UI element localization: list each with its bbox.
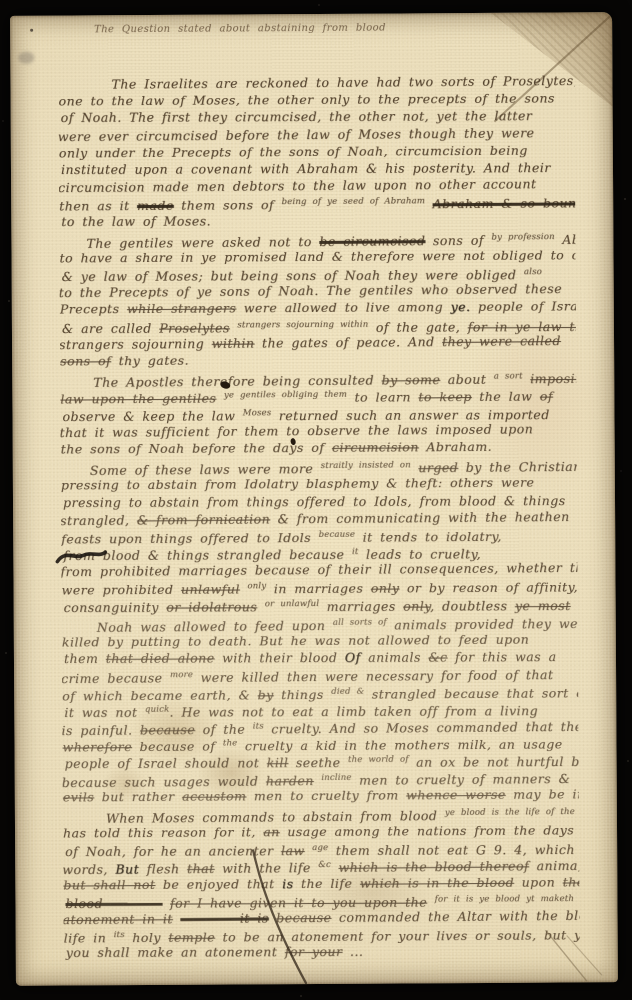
manuscript-paragraph: When Moses commands to abstain from bloo… <box>63 804 580 962</box>
struck-text: unlawful <box>181 582 240 597</box>
manuscript-paragraph: Some of these laws were more straitly in… <box>61 457 578 615</box>
interlinear-insertion: its <box>114 930 125 940</box>
struck-text: imposing <box>530 371 580 387</box>
struck-text: whence worse <box>406 787 506 803</box>
struck-text: for your <box>285 944 343 959</box>
struck-text: be circumcised <box>319 233 425 249</box>
interlinear-insertion: more <box>170 670 193 680</box>
interlinear-insertion: a sort <box>494 371 523 381</box>
struck-text: that died alone <box>106 651 215 666</box>
manuscript-paragraph: The Israelites are reckoned to have had … <box>58 72 575 230</box>
interlinear-insertion: the <box>223 739 238 749</box>
struck-text: circumcision <box>332 439 419 455</box>
struck-text: urged <box>418 460 458 475</box>
interlinear-insertion: died & <box>331 686 364 696</box>
interlinear-insertion: ye gentiles obliging them <box>224 390 347 401</box>
interlinear-insertion: quick <box>145 704 170 714</box>
interlinear-insertion: Moses <box>243 408 272 418</box>
struck-text: they were called <box>442 333 561 349</box>
interlinear-insertion: by profession <box>491 232 554 243</box>
struck-text: evils <box>63 789 94 804</box>
interlinear-insertion: age <box>312 843 328 853</box>
interlinear-insertion: also <box>524 267 542 277</box>
interlinear-insertion: the world of <box>348 755 409 765</box>
struck-text: blood ———— <box>65 895 162 910</box>
manuscript-line: then as it made them sons of being of ye… <box>59 193 575 213</box>
struck-text: accustom <box>182 788 246 803</box>
struck-text: Abraham & so bound over <box>433 195 580 211</box>
struck-text: or idolatrous <box>166 599 257 614</box>
interlinear-insertion: &c <box>318 860 331 870</box>
manuscript-paragraph: The Apostles therefore being consulted b… <box>60 369 577 458</box>
manuscript-line: were prohibited unlawful only in marriag… <box>61 577 577 597</box>
interlinear-insertion: or unlawful <box>265 599 319 609</box>
struck-text: to keep <box>418 389 471 404</box>
struck-text: within <box>212 335 255 350</box>
interlinear-insertion: only <box>247 582 266 592</box>
manuscript-body: The Israelites are reckoned to have had … <box>58 72 580 981</box>
photo-background: The Question stated about abstaining fro… <box>0 0 632 1000</box>
struck-text: because <box>276 910 331 925</box>
struck-text: an <box>263 824 280 839</box>
struck-text: atonement in it <box>63 911 173 927</box>
background-noise <box>0 0 2 2</box>
struck-text: ———— it is <box>180 910 269 926</box>
struck-text: by some <box>381 372 440 387</box>
struck-text: sons of <box>60 353 111 368</box>
struck-text: that <box>187 861 215 876</box>
manuscript-line: you shall make an atonement for your ... <box>66 942 580 961</box>
ink-speck <box>30 29 33 32</box>
interlinear-insertion: ye blood is the life of the animal <box>445 806 580 817</box>
heavy-ink-text: ye. <box>451 299 471 314</box>
manuscript-line: consanguinity or idolatrous or unlawful … <box>64 595 580 614</box>
struck-text: made <box>137 198 174 213</box>
manuscript-title: The Question stated about abstaining fro… <box>94 21 454 37</box>
struck-text: kill <box>267 755 289 770</box>
struck-text: & from fornication <box>137 511 270 527</box>
struck-text: which is in the blood <box>360 874 514 890</box>
manuscript-line: to the law of Moses. <box>61 210 577 229</box>
interlinear-insertion: all sorts of <box>333 617 387 627</box>
heavy-ink-text: is <box>282 876 294 891</box>
manuscript-line: evils but rather accustom men to cruelty… <box>63 785 579 805</box>
manuscript-paragraph: The gentiles were asked not to be circum… <box>59 229 576 370</box>
struck-text: but shall not <box>63 877 155 893</box>
interlinear-insertion: its <box>253 721 264 731</box>
struck-text: Proselytes <box>159 320 230 335</box>
interlinear-insertion: strangers sojourning within <box>237 319 368 330</box>
struck-text: ye most <box>515 598 571 613</box>
interlinear-insertion: incline <box>321 772 351 782</box>
struck-text: &c <box>428 650 447 665</box>
struck-text: the <box>563 874 580 889</box>
manuscript-line: Precepts while strangers were allowed to… <box>60 298 576 318</box>
interlinear-insertion: because <box>319 530 356 540</box>
manuscript-line: pressing to abstain from Idolatry blasph… <box>61 474 577 494</box>
struck-text: harden <box>266 773 314 788</box>
struck-text: law <box>281 843 305 858</box>
manuscript-line: sons of thy gates. <box>60 349 576 369</box>
manuscript-line: the sons of Noah before the days of circ… <box>61 437 577 457</box>
heavy-ink-text: Of <box>345 650 361 665</box>
gray-smudge <box>18 52 34 64</box>
struck-text: while strangers <box>127 301 236 317</box>
struck-text: only <box>371 581 400 596</box>
interlinear-insertion: for it is ye blood yt maketh an <box>435 894 580 905</box>
interlinear-insertion: straitly insisted on <box>321 460 411 471</box>
manuscript-line: law upon the gentiles ye gentiles obligi… <box>60 386 576 406</box>
interlinear-insertion: it <box>352 547 359 557</box>
interlinear-insertion: being of ye seed of Abraham <box>282 197 426 208</box>
manuscript-page: The Question stated about abstaining fro… <box>10 12 618 986</box>
struck-text: of <box>540 389 553 404</box>
struck-text: by <box>258 687 274 702</box>
manuscript-paragraph: Noah was allowed to feed upon all sorts … <box>62 613 579 805</box>
struck-text: only <box>403 598 430 613</box>
